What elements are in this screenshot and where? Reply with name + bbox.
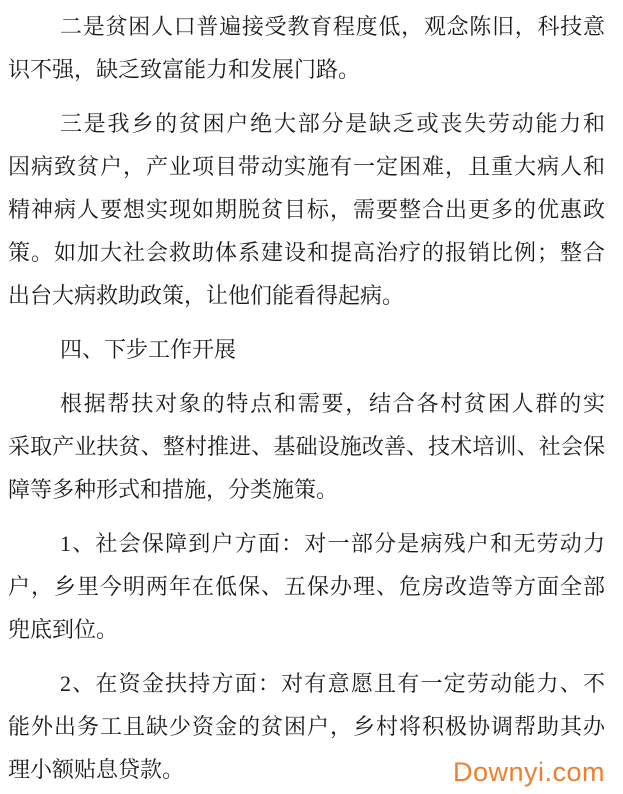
text-line: 识不强，缺乏致富能力和发展门路。: [8, 48, 605, 91]
text-line: 采取产业扶贫、整村推进、基础设施改善、技术培训、社会保: [8, 425, 605, 468]
text-line: 出台大病救助政策，让他们能看得起病。: [8, 274, 605, 317]
downyi-watermark: Downyi.com: [453, 759, 605, 786]
paragraph: 二是贫困人口普遍接受教育程度低，观念陈旧，科技意识不强，缺乏致富能力和发展门路。: [8, 5, 605, 91]
text-line: 精神病人要想实现如期脱贫目标，需要整合出更多的优惠政: [8, 188, 605, 231]
text-line: 障等多种形式和措施，分类施策。: [8, 468, 605, 511]
text-line: 三是我乡的贫困户绝大部分是缺乏或丧失劳动能力和: [8, 102, 605, 145]
document-body: 二是贫困人口普遍接受教育程度低，观念陈旧，科技意识不强，缺乏致富能力和发展门路。…: [8, 5, 605, 791]
text-line: 四、下步工作开展: [8, 328, 605, 371]
text-line: 二是贫困人口普遍接受教育程度低，观念陈旧，科技意: [8, 5, 605, 48]
text-line: 策。如加大社会救助体系建设和提高治疗的报销比例；整合: [8, 231, 605, 274]
text-line: 根据帮扶对象的特点和需要，结合各村贫困人群的实际，: [8, 382, 605, 425]
text-line: 兜底到位。: [8, 608, 605, 651]
document-page: 二是贫困人口普遍接受教育程度低，观念陈旧，科技意识不强，缺乏致富能力和发展门路。…: [0, 0, 623, 794]
text-line: 因病致贫户，产业项目带动实施有一定困难，且重大病人和: [8, 145, 605, 188]
text-line: 2、在资金扶持方面：对有意愿且有一定劳动能力、不: [8, 662, 605, 705]
paragraph: 三是我乡的贫困户绝大部分是缺乏或丧失劳动能力和因病致贫户，产业项目带动实施有一定…: [8, 102, 605, 317]
text-line: 1、社会保障到户方面：对一部分是病残户和无劳动力: [8, 522, 605, 565]
paragraph: 根据帮扶对象的特点和需要，结合各村贫困人群的实际，采取产业扶贫、整村推进、基础设…: [8, 382, 605, 511]
text-line: 能外出务工且缺少资金的贫困户，乡村将积极协调帮助其办: [8, 705, 605, 748]
paragraph: 1、社会保障到户方面：对一部分是病残户和无劳动力户，乡里今明两年在低保、五保办理…: [8, 522, 605, 651]
paragraph: 四、下步工作开展: [8, 328, 605, 371]
text-line: 户，乡里今明两年在低保、五保办理、危房改造等方面全部: [8, 565, 605, 608]
